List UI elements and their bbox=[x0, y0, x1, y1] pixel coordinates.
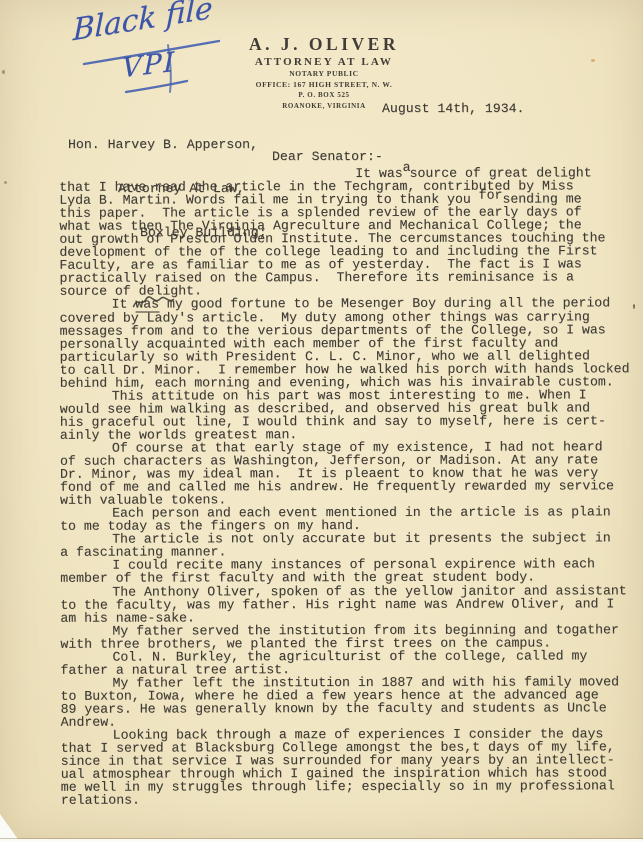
letter-line: me well in my struggles through life; es… bbox=[61, 779, 639, 794]
handwritten-note: Black file VPI bbox=[0, 0, 280, 120]
page-corner-tear bbox=[0, 814, 20, 842]
letterhead-name: A. J. OLIVER bbox=[249, 33, 399, 55]
letter-line: Col. N. Burkley, the agriculturist of th… bbox=[60, 649, 638, 664]
letterhead-po-box: P. O. BOX 525 bbox=[249, 90, 399, 101]
date-line: August 14th, 1934. bbox=[382, 101, 524, 116]
letter-line: relations. bbox=[61, 792, 639, 807]
letterhead-office-address: OFFICE: 167 HIGH STREET, N. W. bbox=[249, 80, 399, 91]
handwritten-scribble-over-word: was bbox=[135, 298, 159, 312]
letterhead-notary: NOTARY PUBLIC bbox=[249, 69, 399, 80]
letter-line: his graceful out line, I would think and… bbox=[60, 414, 638, 429]
letterhead-city: ROANOKE, VIRGINIA bbox=[249, 101, 399, 112]
typed-superscript-insert: a bbox=[403, 161, 411, 174]
salutation: Dear Senator:- bbox=[272, 149, 383, 164]
letter-line: 89 years. He was generally known by the … bbox=[61, 701, 639, 716]
paper-stain-speck bbox=[591, 59, 595, 62]
letter-body: It wasasource of great delightthat I hav… bbox=[59, 166, 639, 807]
typed-raised-insert: for bbox=[479, 189, 503, 202]
stray-ink-mark: ' bbox=[630, 303, 638, 318]
letter-page: Black file VPI A. J. OLIVER ATTORNEY AT … bbox=[0, 0, 643, 842]
handwritten-text-vpi: VPI bbox=[122, 47, 176, 85]
scan-edge-speck bbox=[2, 70, 5, 74]
scan-edge-speck bbox=[4, 181, 7, 184]
letterhead: A. J. OLIVER ATTORNEY AT LAW NOTARY PUBL… bbox=[249, 33, 399, 111]
letterhead-role: ATTORNEY AT LAW bbox=[249, 55, 399, 69]
recipient-name: Hon. Harvey B. Apperson, bbox=[68, 138, 267, 152]
letter-line: to the faculty, was my father. His right… bbox=[60, 597, 638, 612]
